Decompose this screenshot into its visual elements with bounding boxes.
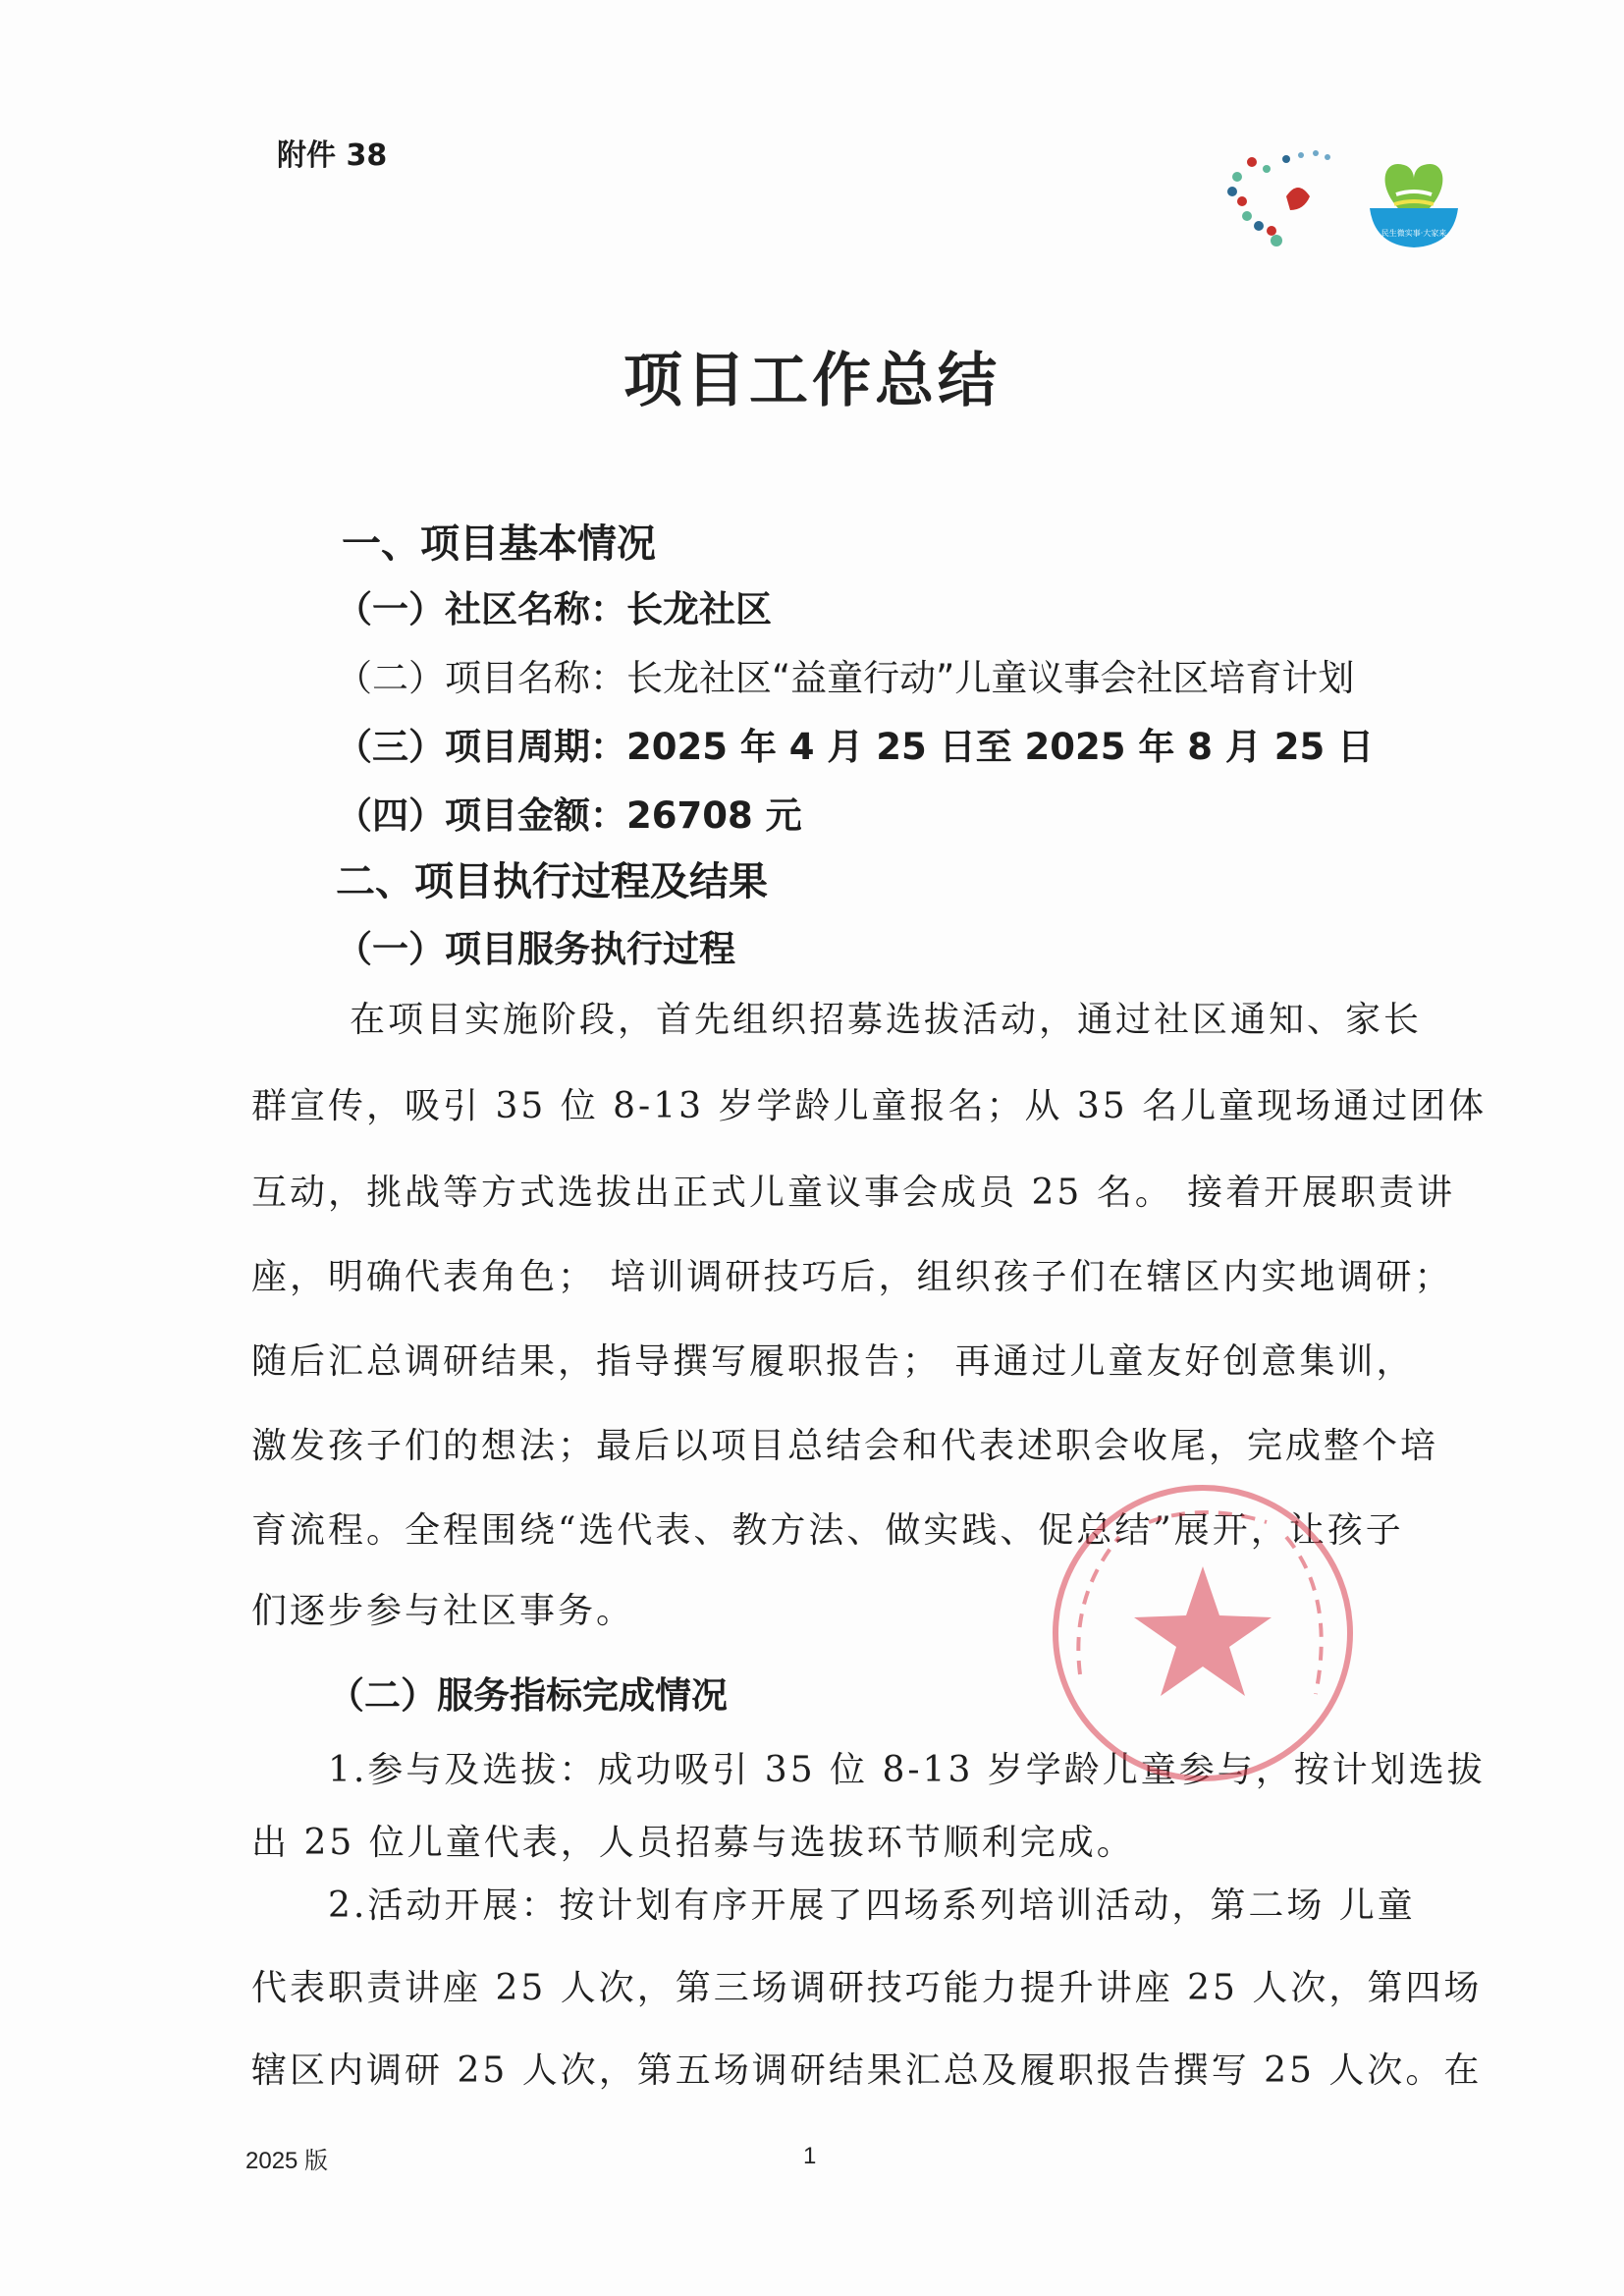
paragraph-line: 互动，挑战等方式选拔出正式儿童议事会成员 25 名。 接着开展职责讲 [251, 1165, 1455, 1215]
project-name-item: （二）项目名称：长龙社区“益童行动”儿童议事会社区培育计划 [336, 648, 1354, 701]
paragraph-line: 群宣传，吸引 35 位 8-13 岁学龄儿童报名；从 35 名儿童现场通过团体 [251, 1078, 1487, 1128]
document-page: 附件 38 民生微实事·大家来 项目工作总结 一、项目基本情况 （一）社区名称：… [0, 0, 1624, 2296]
paragraph-line: 们逐步参与社区事务。 [251, 1583, 634, 1633]
paragraph-line: 随后汇总调研结果，指导撰写履职报告； 再通过儿童友好创意集训， [251, 1334, 1414, 1384]
subsection-execution-heading: （一）项目服务执行过程 [336, 919, 735, 972]
attachment-label: 附件 38 [277, 131, 387, 174]
party-children-heart-logo [1227, 150, 1330, 246]
community-name-item: （一）社区名称：长龙社区 [336, 579, 772, 632]
document-title: 项目工作总结 [0, 334, 1624, 418]
people-livelihood-heart-bowl-logo: 民生微实事·大家来 [1370, 164, 1458, 247]
header-logos: 民生微实事·大家来 [1218, 147, 1473, 255]
subsection-indicators-heading: （二）服务指标完成情况 [328, 1666, 728, 1719]
indicator-line: 1.参与及选拔：成功吸引 35 位 8-13 岁学龄儿童参与，按计划选拔 [328, 1742, 1486, 1792]
project-amount-item: （四）项目金额：26708 元 [336, 786, 802, 839]
page-number: 1 [803, 2143, 816, 2170]
indicator-line: 代表职责讲座 25 人次，第三场调研技巧能力提升讲座 25 人次，第四场 [251, 1960, 1482, 2010]
project-period-item: （三）项目周期：2025 年 4 月 25 日至 2025 年 8 月 25 日 [336, 717, 1374, 770]
section2-heading: 二、项目执行过程及结果 [336, 850, 768, 906]
paragraph-line: 激发孩子们的想法；最后以项目总结会和代表述职会收尾，完成整个培 [251, 1418, 1438, 1468]
indicator-line: 2.活动开展：按计划有序开展了四场系列培训活动，第二场 儿童 [328, 1878, 1416, 1928]
section1-heading: 一、项目基本情况 [342, 513, 656, 569]
svg-text:民生微实事·大家来: 民生微实事·大家来 [1381, 228, 1447, 238]
indicator-line: 辖区内调研 25 人次，第五场调研结果汇总及履职报告撰写 25 人次。在 [251, 2043, 1482, 2093]
paragraph-line: 育流程。全程围绕“选代表、教方法、做实践、促总结”展开，让孩子 [251, 1503, 1404, 1553]
paragraph-line: 座，明确代表角色； 培训调研技巧后，组织孩子们在辖区内实地调研； [251, 1249, 1452, 1299]
indicator-line: 出 25 位儿童代表，人员招募与选拔环节顺利完成。 [251, 1815, 1135, 1865]
paragraph-line: 在项目实施阶段，首先组织招募选拔活动，通过社区通知、家长 [350, 992, 1422, 1042]
edition-label: 2025 版 [245, 2141, 328, 2175]
